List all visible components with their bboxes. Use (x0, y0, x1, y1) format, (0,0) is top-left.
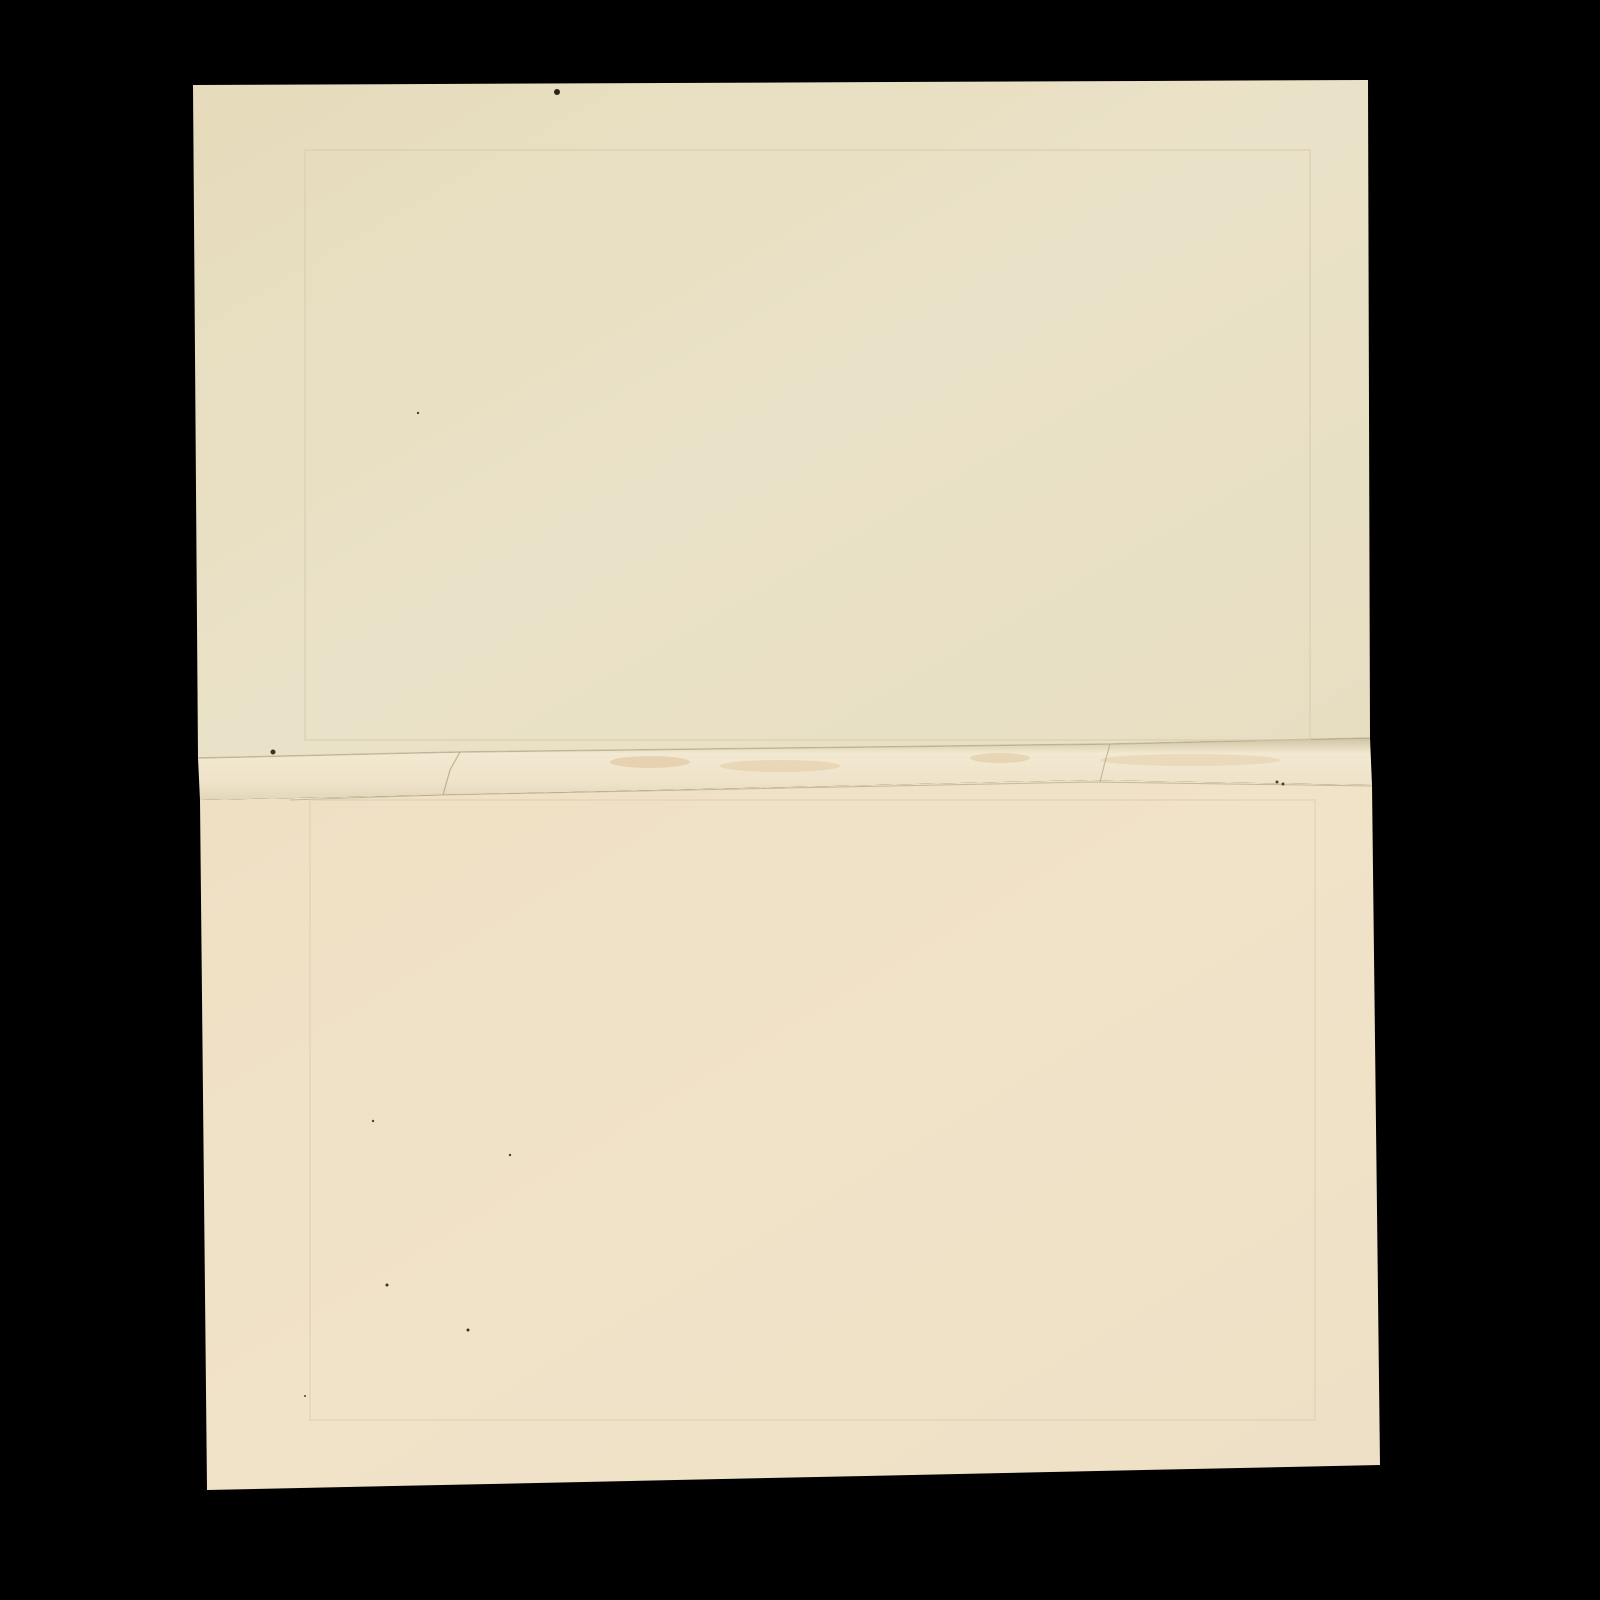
speck (1276, 781, 1279, 784)
speck (467, 1329, 470, 1332)
speck (509, 1154, 511, 1156)
ink-speck (554, 89, 560, 95)
paper-illustration (0, 0, 1600, 1600)
speck (372, 1120, 374, 1122)
speck (304, 1395, 306, 1397)
stain (970, 753, 1030, 763)
stain (1100, 754, 1280, 766)
paper-sheet (0, 0, 1600, 1600)
stain (610, 756, 690, 768)
paper-bottom-half (200, 780, 1380, 1490)
speck (1282, 783, 1285, 786)
speck (417, 412, 419, 414)
ink-speck (271, 750, 276, 755)
stain (720, 760, 840, 772)
speck (386, 1284, 389, 1287)
paper-top-half (193, 80, 1370, 758)
